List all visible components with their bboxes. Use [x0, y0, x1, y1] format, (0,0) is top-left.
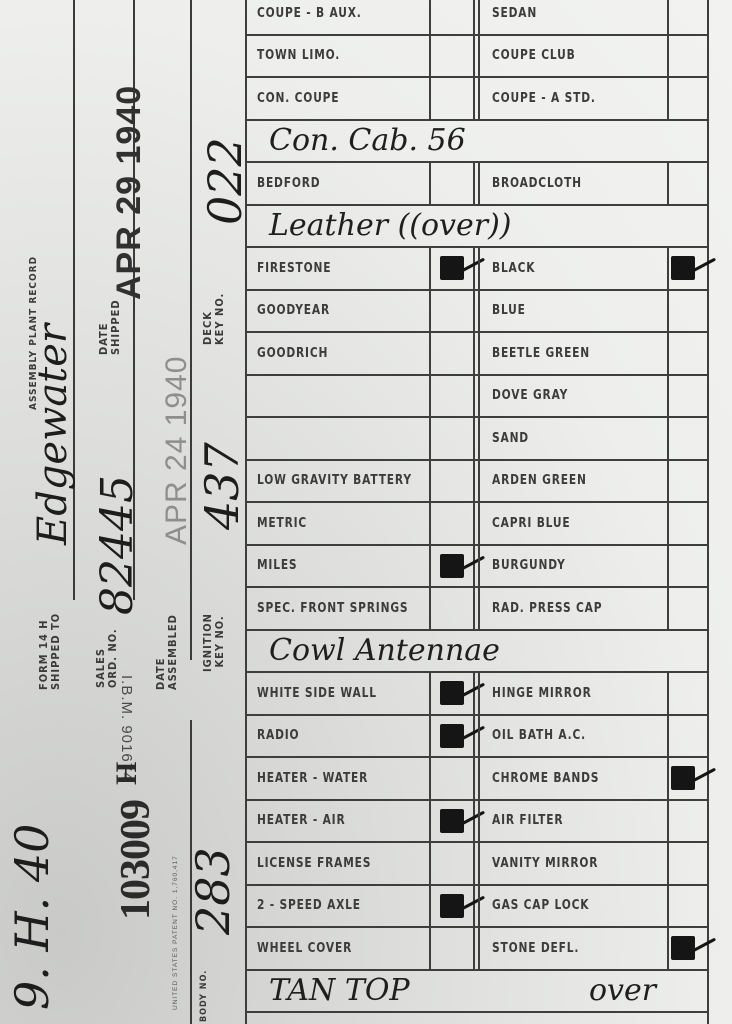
date-assembled-label: DATEASSEMBLED [155, 614, 179, 690]
option-label: 2 - SPEED AXLE [257, 898, 361, 913]
option-right: CAPRI BLUE [482, 503, 669, 544]
option-left: TOWN LIMO. [247, 36, 431, 77]
date-shipped-label: DATESHIPPED [98, 299, 122, 355]
table-row: COUPE - B AUX.SEDAN [247, 0, 707, 36]
option-right: STONE DEFL. [482, 928, 669, 969]
table-row: RADIOOIL BATH A.C. [247, 716, 707, 759]
option-left [247, 418, 431, 459]
table-border-right [707, 0, 709, 1024]
option-label: GAS CAP LOCK [492, 898, 589, 913]
divider [190, 0, 192, 660]
table-row: CON. COUPECOUPE - A STD. [247, 78, 707, 121]
checkbox-left[interactable] [431, 461, 475, 502]
checkbox-left[interactable] [431, 78, 475, 119]
option-label: WHITE SIDE WALL [257, 686, 377, 701]
option-label: OIL BATH A.C. [492, 728, 586, 743]
checkbox-left[interactable] [431, 418, 475, 459]
option-left: SPEC. FRONT SPRINGS [247, 588, 431, 629]
option-right: VANITY MIRROR [482, 843, 669, 884]
option-left: 2 - SPEED AXLE [247, 886, 431, 927]
option-left: LOW GRAVITY BATTERY [247, 461, 431, 502]
checkbox-left[interactable] [431, 0, 475, 34]
option-label: RADIO [257, 728, 299, 743]
date-shipped-value: APR 29 1940 [110, 85, 149, 300]
option-left: BEDFORD [247, 163, 431, 204]
checkbox-left[interactable] [431, 673, 475, 714]
table-row: LOW GRAVITY BATTERYARDEN GREEN [247, 461, 707, 504]
option-right: COUPE - A STD. [482, 78, 669, 119]
handwritten-note: Cowl Antennae [247, 631, 707, 672]
option-right: SAND [482, 418, 669, 459]
checkbox-left[interactable] [431, 503, 475, 544]
option-left: WHEEL COVER [247, 928, 431, 969]
option-label: VANITY MIRROR [492, 856, 598, 871]
double-rule [475, 78, 480, 119]
table-row: TOWN LIMO.COUPE CLUB [247, 36, 707, 79]
option-label: COUPE CLUB [492, 48, 576, 63]
table-row: GOODYEARBLUE [247, 291, 707, 334]
option-label: TOWN LIMO. [257, 48, 340, 63]
option-right: CHROME BANDS [482, 758, 669, 799]
table-row: LICENSE FRAMESVANITY MIRROR [247, 843, 707, 886]
option-right: RAD. PRESS CAP [482, 588, 669, 629]
checkbox-right[interactable] [669, 376, 707, 417]
patent-text: UNITED STATES PATENT NO. 1,760,417 [172, 855, 179, 1010]
option-label: GOODYEAR [257, 303, 330, 318]
table-row: DOVE GRAY [247, 376, 707, 419]
table-row: MILESBURGUNDY [247, 546, 707, 589]
option-label: LOW GRAVITY BATTERY [257, 473, 412, 488]
option-right: ARDEN GREEN [482, 461, 669, 502]
checkbox-left[interactable] [431, 333, 475, 374]
double-rule [475, 546, 480, 587]
table-row: SAND [247, 418, 707, 461]
table-row: Cowl Antennae [247, 631, 707, 674]
ignition-key-value: 437 [195, 442, 249, 530]
table-row: GOODRICHBEETLE GREEN [247, 333, 707, 376]
option-right: DOVE GRAY [482, 376, 669, 417]
checkbox-right[interactable] [669, 588, 707, 629]
option-label: BURGUNDY [492, 558, 566, 573]
check-mark-icon [671, 936, 695, 960]
option-label: RAD. PRESS CAP [492, 601, 602, 616]
checkbox-right[interactable] [669, 503, 707, 544]
option-label: COUPE - B AUX. [257, 6, 362, 21]
option-left: RADIO [247, 716, 431, 757]
checkbox-right[interactable] [669, 36, 707, 77]
option-left: MILES [247, 546, 431, 587]
checkbox-left[interactable] [431, 588, 475, 629]
checkbox-right[interactable] [669, 801, 707, 842]
record-card: FORM 14 H SHIPPED TO ASSEMBLY PLANT RECO… [0, 0, 732, 1024]
option-left: GOODYEAR [247, 291, 431, 332]
option-right: BLUE [482, 291, 669, 332]
table-row: TAN TOPover [247, 971, 707, 1014]
option-label: DOVE GRAY [492, 388, 568, 403]
check-mark-icon [440, 554, 464, 578]
checkbox-right[interactable] [669, 291, 707, 332]
deck-key-value: 022 [198, 137, 252, 225]
margin-note: 9. H. 40 [5, 824, 59, 1010]
option-label: WHEEL COVER [257, 941, 352, 956]
checkbox-right[interactable] [669, 843, 707, 884]
check-mark-icon [440, 894, 464, 918]
option-left [247, 376, 431, 417]
option-label: METRIC [257, 516, 307, 531]
option-right: GAS CAP LOCK [482, 886, 669, 927]
double-rule [475, 588, 480, 629]
option-left: COUPE - B AUX. [247, 0, 431, 34]
option-label: STONE DEFL. [492, 941, 579, 956]
option-label: HEATER - AIR [257, 813, 346, 828]
check-mark-icon [671, 256, 695, 280]
option-label: FIRESTONE [257, 261, 331, 276]
option-label: AIR FILTER [492, 813, 563, 828]
table-row: WHITE SIDE WALLHINGE MIRROR [247, 673, 707, 716]
deck-key-label: DECKKEY NO. [202, 293, 226, 345]
checkbox-right[interactable] [669, 886, 707, 927]
table-row: WHEEL COVERSTONE DEFL. [247, 928, 707, 971]
option-label: CAPRI BLUE [492, 516, 570, 531]
option-label: BROADCLOTH [492, 176, 582, 191]
checkbox-right[interactable] [669, 716, 707, 757]
option-right: BURGUNDY [482, 546, 669, 587]
sales-ord-no-value: 82445 [92, 475, 143, 615]
option-right: BROADCLOTH [482, 163, 669, 204]
table-row: Con. Cab. 56 [247, 121, 707, 164]
double-rule [475, 503, 480, 544]
table-row: FIRESTONEBLACK [247, 248, 707, 291]
double-rule [475, 801, 480, 842]
checkbox-left[interactable] [431, 758, 475, 799]
check-mark-icon [671, 766, 695, 790]
option-right: BEETLE GREEN [482, 333, 669, 374]
checkbox-left[interactable] [431, 376, 475, 417]
option-label: CHROME BANDS [492, 771, 599, 786]
option-label: SPEC. FRONT SPRINGS [257, 601, 408, 616]
checkbox-left[interactable] [431, 36, 475, 77]
double-rule [475, 758, 480, 799]
option-label: COUPE - A STD. [492, 91, 596, 106]
double-rule [475, 716, 480, 757]
option-label: CON. COUPE [257, 91, 339, 106]
option-label: ARDEN GREEN [492, 473, 587, 488]
option-label: SAND [492, 431, 529, 446]
handwritten-note-right: over [567, 971, 707, 1012]
table-row: METRICCAPRI BLUE [247, 503, 707, 546]
checkbox-right[interactable] [669, 673, 707, 714]
checkbox-right[interactable] [669, 461, 707, 502]
option-left: METRIC [247, 503, 431, 544]
check-mark-icon [440, 256, 464, 280]
double-rule [475, 886, 480, 927]
double-rule [475, 291, 480, 332]
table-row: HEATER - WATERCHROME BANDS [247, 758, 707, 801]
checkbox-left[interactable] [431, 886, 475, 927]
option-label: LICENSE FRAMES [257, 856, 371, 871]
body-no-value: 283 [186, 847, 240, 935]
double-rule [475, 163, 480, 204]
options-table: COUPE - B AUX.SEDANTOWN LIMO.COUPE CLUBC… [247, 0, 707, 1013]
checkbox-left[interactable] [431, 928, 475, 969]
double-rule [475, 418, 480, 459]
option-right: OIL BATH A.C. [482, 716, 669, 757]
option-right: SEDAN [482, 0, 669, 34]
checkbox-right[interactable] [669, 248, 707, 289]
table-row: HEATER - AIRAIR FILTER [247, 801, 707, 844]
option-label: BEDFORD [257, 176, 320, 191]
checkbox-left[interactable] [431, 248, 475, 289]
checkbox-left[interactable] [431, 801, 475, 842]
checkbox-right[interactable] [669, 333, 707, 374]
double-rule [475, 0, 480, 34]
option-label: GOODRICH [257, 346, 328, 361]
serial-letter: H [110, 762, 144, 785]
checkbox-right[interactable] [669, 418, 707, 459]
checkbox-right[interactable] [669, 758, 707, 799]
checkbox-left[interactable] [431, 843, 475, 884]
option-label: BLACK [492, 261, 535, 276]
option-label: MILES [257, 558, 297, 573]
checkbox-left[interactable] [431, 546, 475, 587]
handwritten-note: Con. Cab. 56 [247, 121, 707, 162]
option-right: AIR FILTER [482, 801, 669, 842]
option-left: LICENSE FRAMES [247, 843, 431, 884]
check-mark-icon [440, 809, 464, 833]
option-label: BEETLE GREEN [492, 346, 590, 361]
double-rule [475, 333, 480, 374]
option-right: COUPE CLUB [482, 36, 669, 77]
checkbox-right[interactable] [669, 78, 707, 119]
double-rule [475, 376, 480, 417]
option-left: WHITE SIDE WALL [247, 673, 431, 714]
checkbox-left[interactable] [431, 163, 475, 204]
double-rule [475, 248, 480, 289]
table-row: BEDFORDBROADCLOTH [247, 163, 707, 206]
table-row: Leather ((over)) [247, 206, 707, 249]
date-assembled-value: APR 24 1940 [160, 356, 194, 545]
double-rule [475, 843, 480, 884]
checkbox-right[interactable] [669, 163, 707, 204]
body-no-label: BODY NO. [198, 970, 210, 1022]
table-row: SPEC. FRONT SPRINGSRAD. PRESS CAP [247, 588, 707, 631]
checkbox-left[interactable] [431, 291, 475, 332]
check-mark-icon [440, 724, 464, 748]
option-left: FIRESTONE [247, 248, 431, 289]
double-rule [475, 928, 480, 969]
option-label: HEATER - WATER [257, 771, 368, 786]
checkbox-left[interactable] [431, 716, 475, 757]
option-left: GOODRICH [247, 333, 431, 374]
serial-number: 103009 [112, 800, 160, 920]
handwritten-note: Leather ((over)) [247, 206, 707, 247]
option-left: HEATER - WATER [247, 758, 431, 799]
option-label: BLUE [492, 303, 526, 318]
ignition-key-label: IGNITION KEY NO. [202, 613, 226, 672]
option-label: SEDAN [492, 6, 537, 21]
option-label: HINGE MIRROR [492, 686, 592, 701]
double-rule [475, 36, 480, 77]
option-right: BLACK [482, 248, 669, 289]
table-row: 2 - SPEED AXLEGAS CAP LOCK [247, 886, 707, 929]
option-left: CON. COUPE [247, 78, 431, 119]
option-left: HEATER - AIR [247, 801, 431, 842]
check-mark-icon [440, 681, 464, 705]
shipped-to-value: Edgewater [30, 324, 76, 545]
checkbox-right[interactable] [669, 0, 707, 34]
double-rule [475, 461, 480, 502]
form-number-label: FORM 14 H SHIPPED TO [38, 613, 62, 690]
checkbox-right[interactable] [669, 928, 707, 969]
option-right: HINGE MIRROR [482, 673, 669, 714]
checkbox-right[interactable] [669, 546, 707, 587]
double-rule [475, 673, 480, 714]
